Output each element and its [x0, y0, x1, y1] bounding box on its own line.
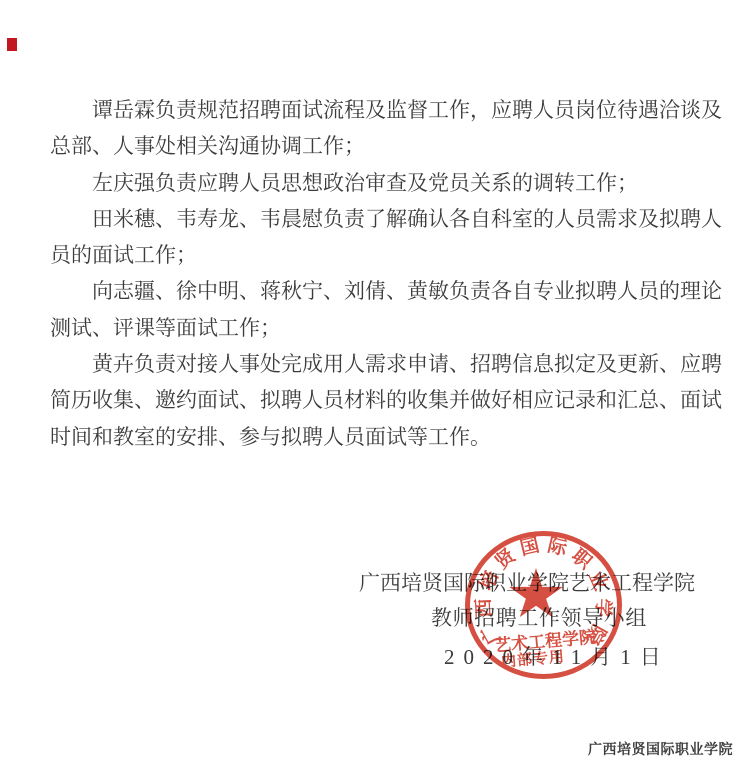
official-seal: 广西培贤国际职业学院 艺术工程学院 内部专用 [465, 531, 622, 679]
seal-arc-char: 西 [474, 597, 495, 618]
body-line: 黄卉负责对接人事处完成用人需求申请、招聘信息拟定及更新、应聘 [50, 346, 710, 382]
seal-arc-char: 国 [518, 536, 542, 560]
body-line: 简历收集、邀约面试、拟聘人员材料的收集并做好相应记录和汇总、面试 [50, 382, 710, 418]
body-line: 测试、评课等面试工作； [50, 310, 710, 346]
seal-arc-char: 学 [592, 597, 613, 618]
document-body: 谭岳霖负责规范招聘面试流程及监督工作，应聘人员岗位待遇洽谈及 总部、人事处相关沟… [50, 92, 710, 455]
watermark-text: 广西培贤国际职业学院 [588, 739, 733, 759]
body-line: 总部、人事处相关沟通协调工作； [50, 128, 710, 164]
body-line: 田米穗、韦寿龙、韦晨慰负责了解确认各自科室的人员需求及拟聘人 [50, 201, 710, 237]
body-line: 左庆强负责应聘人员思想政治审查及党员关系的调转工作； [50, 165, 710, 201]
body-line: 向志疆、徐中明、蒋秋宁、刘倩、黄敏负责各自专业拟聘人员的理论 [50, 273, 710, 309]
body-line: 时间和教室的安排、参与拟聘人员面试等工作。 [50, 419, 710, 455]
body-line: 员的面试工作； [50, 237, 710, 273]
document-page: 谭岳霖负责规范招聘面试流程及监督工作，应聘人员岗位待遇洽谈及 总部、人事处相关沟… [0, 0, 745, 766]
body-line: 谭岳霖负责规范招聘面试流程及监督工作，应聘人员岗位待遇洽谈及 [50, 92, 710, 128]
red-marker [7, 38, 17, 51]
seal-arc-char: 际 [545, 536, 569, 560]
